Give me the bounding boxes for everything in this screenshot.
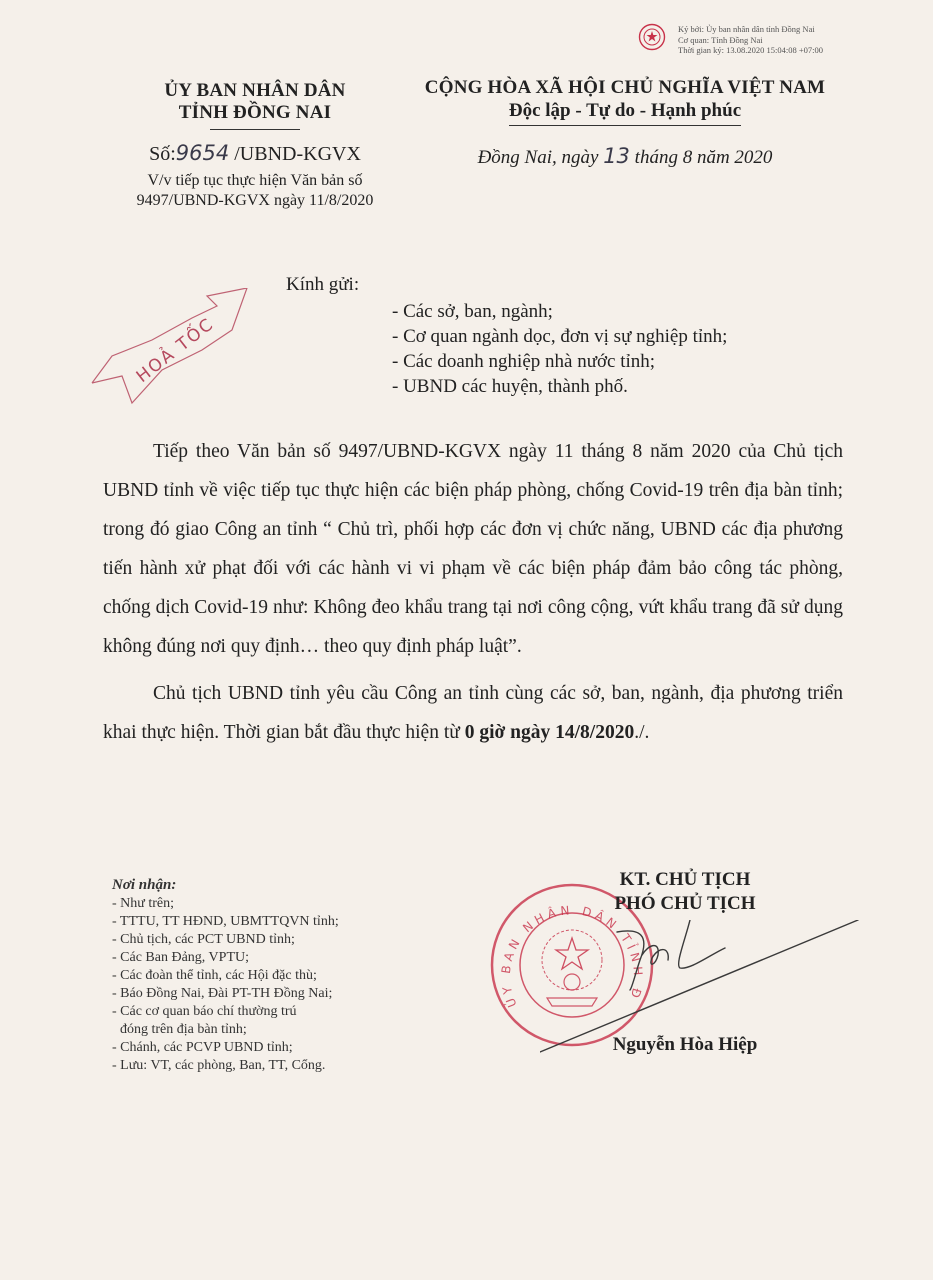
- recipient-item: - UBND các huyện, thành phố.: [392, 374, 727, 399]
- signatory-name: Nguyễn Hòa Hiệp: [580, 1034, 790, 1056]
- cc-item: - TTTU, TT HĐND, UBMTTQVN tỉnh;: [112, 913, 339, 931]
- national-motto: Độc lập - Tự do - Hạnh phúc: [509, 100, 741, 126]
- subject-line1: V/v tiếp tục thực hiện Văn bản số: [105, 171, 405, 191]
- recipient-item: - Cơ quan ngành dọc, đơn vị sự nghiệp tỉ…: [392, 324, 727, 349]
- nation-name: CỘNG HÒA XÃ HỘI CHỦ NGHĨA VIỆT NAM: [400, 76, 850, 100]
- cc-recipients: Nơi nhận: - Như trên; - TTTU, TT HĐND, U…: [112, 876, 339, 1075]
- signatory-role2: PHÓ CHỦ TỊCH: [580, 892, 790, 916]
- recipient-item: - Các doanh nghiệp nhà nước tỉnh;: [392, 349, 727, 374]
- org-name-line1: ỦY BAN NHÂN DÂN: [105, 80, 405, 102]
- cc-item: đóng trên địa bàn tỉnh;: [112, 1021, 339, 1039]
- date-suffix: tháng 8 năm 2020: [630, 147, 773, 168]
- digital-seal-icon: [638, 23, 666, 51]
- recipients-label: Kính gửi:: [286, 273, 359, 297]
- cc-item: - Các cơ quan báo chí thường trú: [112, 1003, 339, 1021]
- signatory-block: KT. CHỦ TỊCH PHÓ CHỦ TỊCH Nguyễn Hòa Hiệ…: [580, 868, 790, 1056]
- body-paragraph-2: Chủ tịch UBND tỉnh yêu cầu Công an tỉnh …: [103, 674, 843, 752]
- handwritten-number: 9654: [176, 141, 229, 165]
- cc-item: - Chủ tịch, các PCT UBND tỉnh;: [112, 931, 339, 949]
- cc-item: - Lưu: VT, các phòng, Ban, TT, Cổng.: [112, 1057, 339, 1075]
- urgent-stamp: HOẢ TỐC: [82, 288, 252, 418]
- recipients-list: - Các sở, ban, ngành; - Cơ quan ngành dọ…: [392, 299, 727, 399]
- number-prefix: Số:: [149, 143, 176, 165]
- cc-item: - Các đoàn thể tỉnh, các Hội đặc thù;: [112, 967, 339, 985]
- cc-item: - Các Ban Đảng, VPTU;: [112, 949, 339, 967]
- subject-line2: 9497/UBND-KGVX ngày 11/8/2020: [105, 191, 405, 211]
- digital-signature-block: Ký bởi: Ủy ban nhân dân tỉnh Đồng Nai Cơ…: [636, 20, 856, 62]
- document-body: Tiếp theo Văn bản số 9497/UBND-KGVX ngày…: [103, 432, 843, 752]
- divider: [210, 129, 300, 130]
- number-suffix: /UBND-KGVX: [229, 143, 361, 165]
- cc-title: Nơi nhận:: [112, 876, 339, 894]
- date-prefix: Đồng Nai, ngày: [478, 147, 604, 168]
- digital-signer: Ký bởi: Ủy ban nhân dân tỉnh Đồng Nai: [678, 24, 823, 35]
- paragraph2-end: ./.: [634, 722, 649, 743]
- digital-agency: Cơ quan: Tỉnh Đồng Nai: [678, 35, 823, 46]
- urgent-stamp-text: HOẢ TỐC: [130, 311, 218, 387]
- cc-item: - Báo Đồng Nai, Đài PT-TH Đồng Nai;: [112, 985, 339, 1003]
- cc-item: - Chánh, các PCVP UBND tỉnh;: [112, 1039, 339, 1057]
- body-paragraph-1: Tiếp theo Văn bản số 9497/UBND-KGVX ngày…: [103, 432, 843, 666]
- issuing-authority: ỦY BAN NHÂN DÂN TỈNH ĐỒNG NAI Số:9654 /U…: [105, 80, 405, 211]
- recipient-item: - Các sở, ban, ngành;: [392, 299, 727, 324]
- cc-item: - Như trên;: [112, 895, 339, 913]
- org-name-line2: TỈNH ĐỒNG NAI: [105, 102, 405, 124]
- effective-date: 0 giờ ngày 14/8/2020: [465, 722, 635, 743]
- document-number: Số:9654 /UBND-KGVX: [105, 140, 405, 167]
- signatory-role1: KT. CHỦ TỊCH: [580, 868, 790, 892]
- document-date: Đồng Nai, ngày 13 tháng 8 năm 2020: [400, 144, 850, 170]
- digital-sign-time: Thời gian ký: 13.08.2020 15:04:08 +07:00: [678, 45, 823, 56]
- handwritten-day: 13: [603, 144, 630, 168]
- national-header: CỘNG HÒA XÃ HỘI CHỦ NGHĨA VIỆT NAM Độc l…: [400, 76, 850, 170]
